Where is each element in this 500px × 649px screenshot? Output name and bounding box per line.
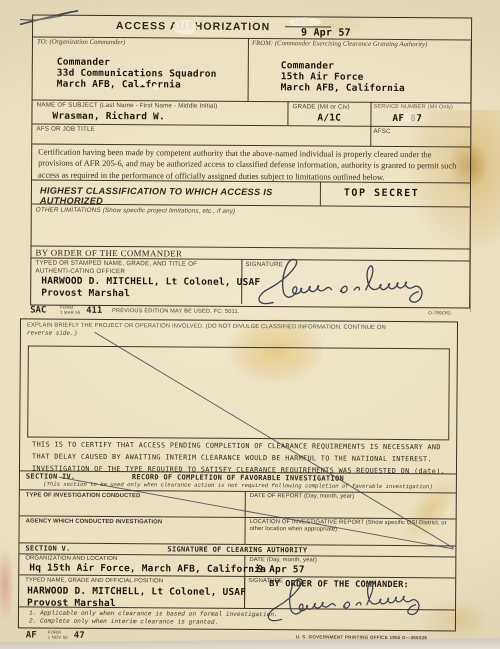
project-box [27,345,450,440]
explain-label-line2: reverse side.) [27,329,77,336]
signature-ink [227,255,465,311]
print-code: O-789(36) [428,310,451,315]
officer-title: Provost Marshal [41,288,130,300]
divider [370,102,371,146]
divider [320,181,321,205]
explain-label-line1: EXPLAIN BRIEFLY THE PROJECT OR OPERATION… [27,322,386,331]
whiteout-blob [173,19,197,34]
form-note: PREVIOUS EDITION MAY BE USED. FC: 5011. [112,308,240,315]
from-label: FROM: (Commander Exercising Clearance Gr… [252,40,468,49]
form-date: 1 MAR 55 [60,310,80,315]
date-value: 9 Apr 57 [301,27,351,38]
form-411: ACCESS AUTHORIZATION DATE 9 Apr 57 TO: (… [30,14,472,308]
whiteout-dot [138,78,145,85]
agency-label: AGENCY WHICH CONDUCTED INVESTIGATION [26,518,163,526]
highest-classification-label: HIGHEST CLASSIFICATION TO WHICH ACCESS I… [40,186,316,208]
typed-name-value: HARWOOD D. MITCHELL, Lt Colonel, USAF [27,585,246,598]
certification-text: Certification having been made by compet… [38,147,462,184]
type-of-investigation-label: TYPE OF INVESTIGATION CONDUCTED [26,492,141,500]
to-line: March AFB, California [57,79,181,91]
grade-value: A/1C [317,112,341,123]
signature-ink [240,571,456,627]
explain-label: EXPLAIN BRIEFLY THE PROJECT OR OPERATION… [27,322,451,332]
scanned-form-page: ACCESS AUTHORIZATION DATE 9 Apr 57 TO: (… [0,0,500,649]
grade-label: GRADE (Mil or Civ) [292,103,349,111]
highest-classification-value: TOP SECRET [344,188,419,200]
by-order-label: BY ORDER OF THE COMMANDER [35,248,182,259]
to-line: Commander [57,57,110,68]
whiteout-dot [153,84,159,90]
form-date: 1 NOV 55 [48,635,68,640]
gpo-print-note: U. S. GOVERNMENT PRINTING OFFICE 1955 O—… [296,634,427,640]
service-label: SERVICE NUMBER (Mil Only) [373,104,453,112]
form-number: 411 [86,306,102,316]
other-limitations-label: OTHER LIMITATIONS (Show specific project… [36,207,236,216]
whiteout-blob [289,17,321,26]
divider [248,38,249,101]
date-of-report-label: DATE OF REPORT (Day, month, year) [250,493,354,501]
whiteout-blob [402,112,418,122]
form-agency: AF [26,630,37,640]
from-line: Commander [281,60,334,71]
from-line: 15th Air Force [281,71,364,83]
afs-job-title-label: AFS OR JOB TITLE [36,126,95,134]
subject-value: Wrasman, Richard W. [52,111,165,123]
to-label: TO: (Organization Commander) [37,39,125,47]
afsc-label: AFSC [373,128,390,136]
form-47: EXPLAIN BRIEFLY THE PROJECT OR OPERATION… [18,318,458,631]
typed-name-label: TYPED NAME, GRADE AND OFFICIAL POSITION [25,577,163,585]
subject-label: NAME OF SUBJECT (Last Name - First Name … [36,102,217,111]
from-line: March AFB, California [281,82,405,94]
clearing-date-value: 9 Apr 57 [257,564,304,575]
divider [287,101,288,125]
authenticating-officer-label: TYPED OR STAMPED NAME, GRADE, AND TITLE … [35,260,231,276]
location-label: LOCATION OF INVESTIGATIVE REPORT (Show s… [250,519,452,534]
organization-value: Hq 15th Air Force, March AFB, California [29,562,266,575]
form-agency: SAC [30,305,46,315]
footnote-2: 2. Complete only when interim clearance … [29,617,218,625]
form-number: 47 [74,631,85,641]
